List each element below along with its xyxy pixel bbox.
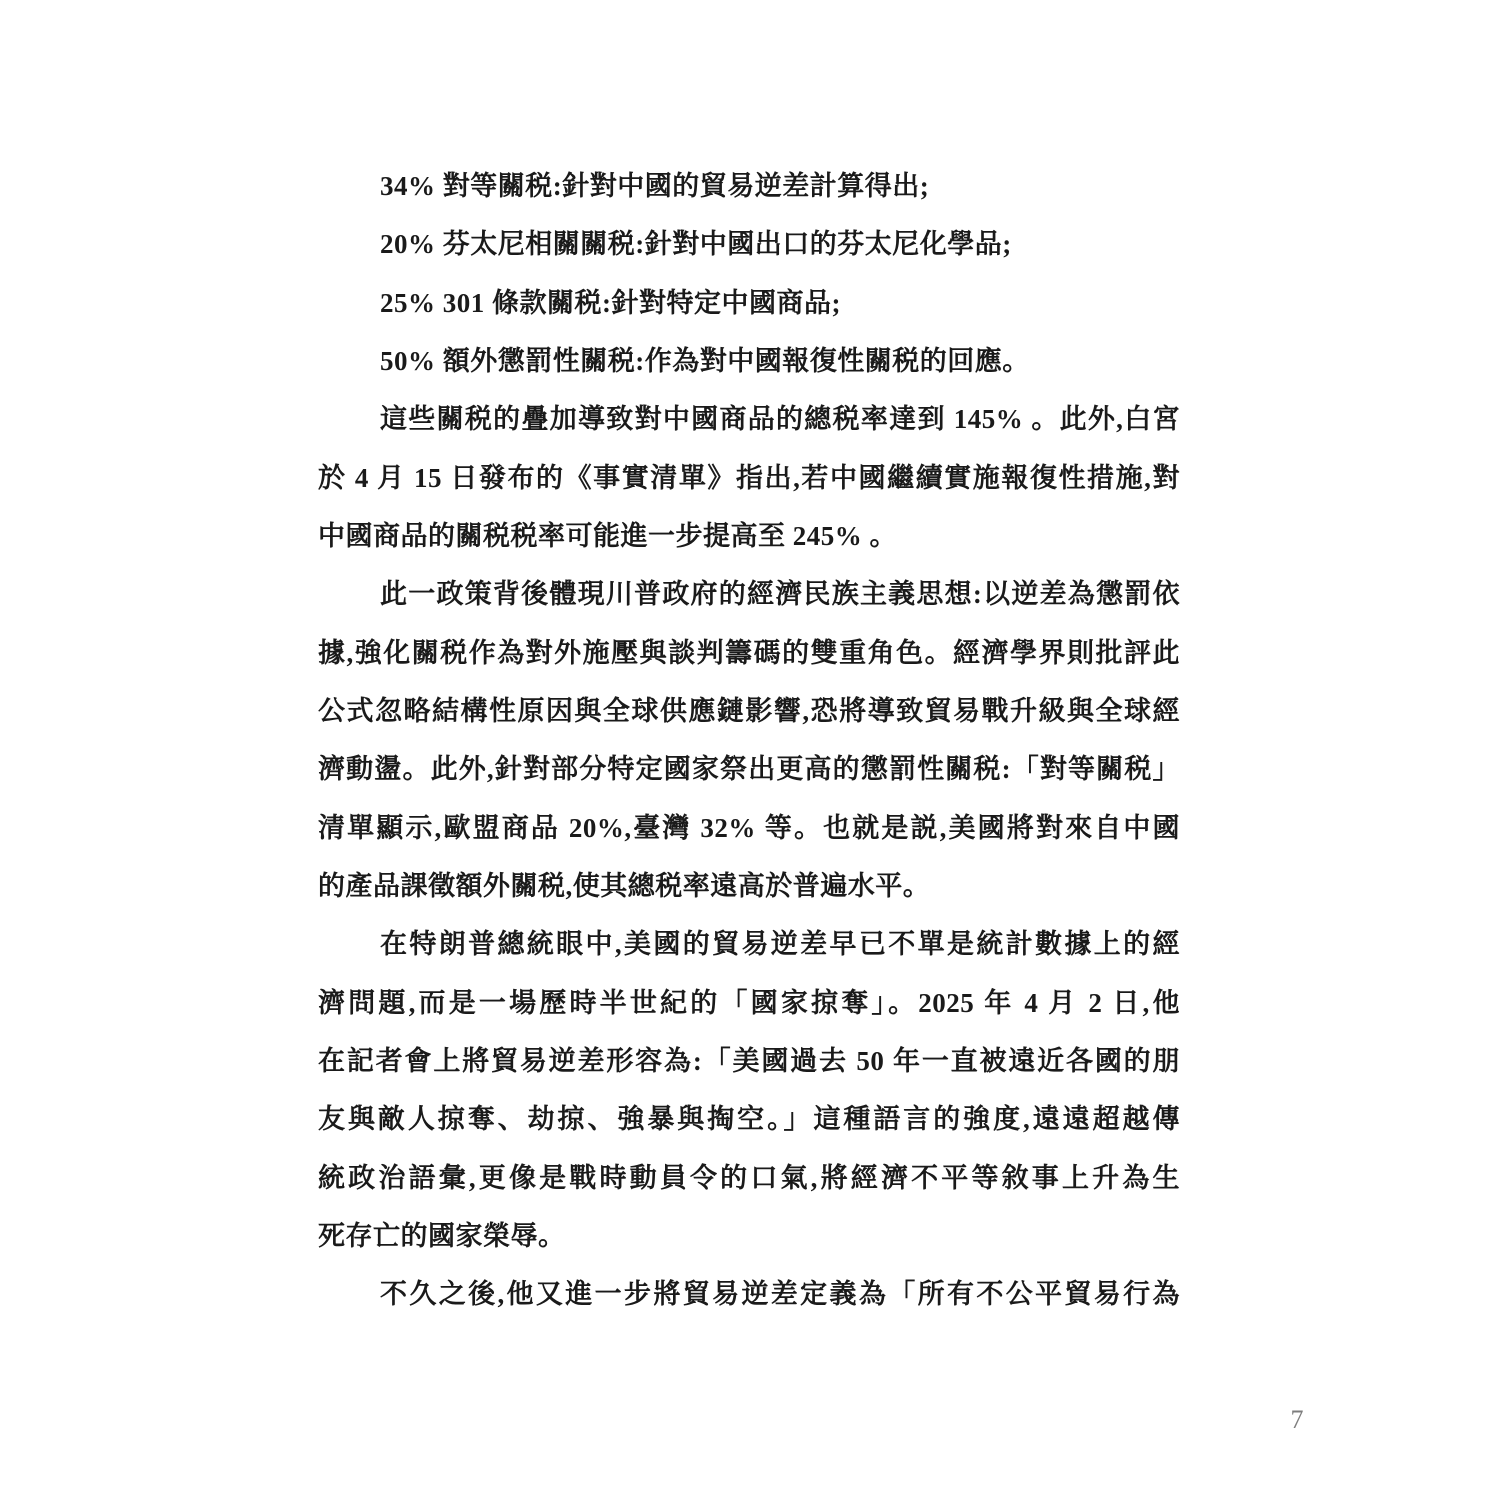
paragraph-policy-line: 公式忽略結構性原因與全球供應鏈影響,恐將導致貿易戰升級與全球經 <box>318 682 1180 740</box>
tariff-list-item-25pct: 25% 301 條款關税:針對特定中國商品; <box>318 274 1180 332</box>
paragraph-trump-view-line: 在特朗普總統眼中,美國的貿易逆差早已不單是統計數據上的經 <box>318 915 1180 973</box>
paragraph-total-tariff-line: 於 4 月 15 日發布的《事實清單》指出,若中國繼續實施報復性措施,對 <box>318 449 1180 507</box>
paragraph-policy-line: 此一政策背後體現川普政府的經濟民族主義思想:以逆差為懲罰依 <box>318 565 1180 623</box>
body-text: 34% 對等關税:針對中國的貿易逆差計算得出; 20% 芬太尼相關關税:針對中國… <box>318 157 1180 1324</box>
paragraph-policy-line: 據,強化關税作為對外施壓與談判籌碼的雙重角色。經濟學界則批評此 <box>318 624 1180 682</box>
paragraph-policy-line: 清單顯示,歐盟商品 20%,臺灣 32% 等。也就是説,美國將對來自中國 <box>318 799 1180 857</box>
page-number: 7 <box>1272 1400 1322 1440</box>
tariff-list-item-20pct: 20% 芬太尼相關關税:針對中國出口的芬太尼化學品; <box>318 215 1180 273</box>
paragraph-definition-line: 不久之後,他又進一步將貿易逆差定義為「所有不公平貿易行為 <box>318 1265 1180 1323</box>
tariff-list-item-34pct: 34% 對等關税:針對中國的貿易逆差計算得出; <box>318 157 1180 215</box>
paragraph-policy-line: 的產品課徵額外關税,使其總税率遠高於普遍水平。 <box>318 857 1180 915</box>
paragraph-trump-view-line: 濟問題,而是一場歷時半世紀的「國家掠奪」。2025 年 4 月 2 日,他 <box>318 974 1180 1032</box>
document-page: 34% 對等關税:針對中國的貿易逆差計算得出; 20% 芬太尼相關關税:針對中國… <box>0 0 1500 1500</box>
paragraph-trump-view-line: 統政治語彙,更像是戰時動員令的口氣,將經濟不平等敘事上升為生 <box>318 1149 1180 1207</box>
tariff-list-item-50pct: 50% 額外懲罰性關税:作為對中國報復性關税的回應。 <box>318 332 1180 390</box>
paragraph-total-tariff-line: 中國商品的關税税率可能進一步提高至 245% 。 <box>318 507 1180 565</box>
paragraph-total-tariff-line: 這些關税的疊加導致對中國商品的總税率達到 145% 。此外,白宮 <box>318 390 1180 448</box>
paragraph-trump-view-line: 友與敵人掠奪、劫掠、強暴與掏空。」這種語言的強度,遠遠超越傳 <box>318 1090 1180 1148</box>
paragraph-trump-view-line: 在記者會上將貿易逆差形容為:「美國過去 50 年一直被遠近各國的朋 <box>318 1032 1180 1090</box>
paragraph-trump-view-line: 死存亡的國家榮辱。 <box>318 1207 1180 1265</box>
paragraph-policy-line: 濟動盪。此外,針對部分特定國家祭出更高的懲罰性關税:「對等關税」 <box>318 740 1180 798</box>
